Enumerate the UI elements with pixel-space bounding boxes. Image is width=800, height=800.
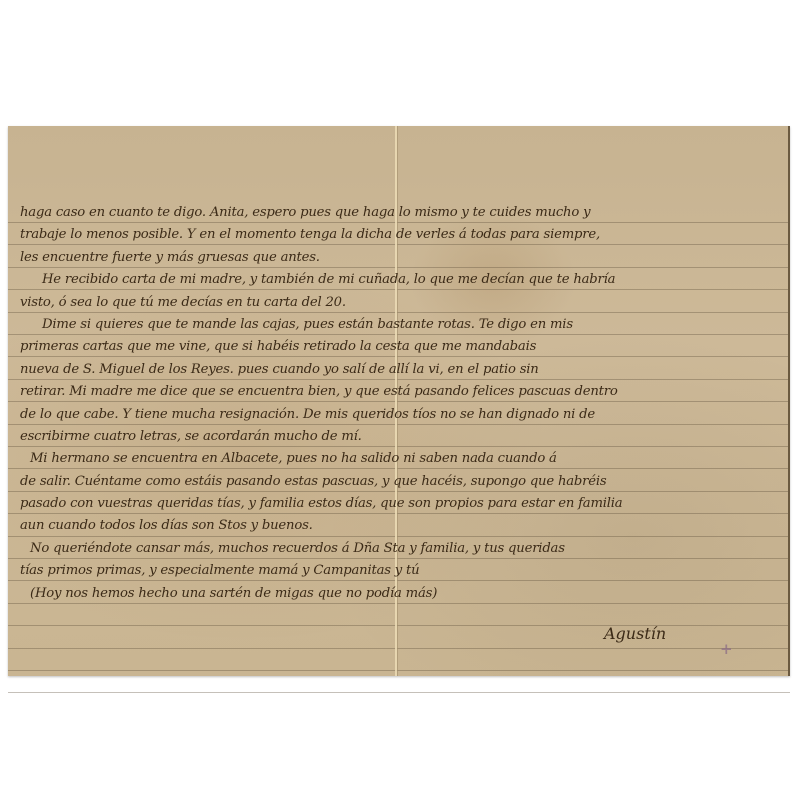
- signature: Agustín: [604, 624, 666, 643]
- handwritten-line: tías primos primas, y especialmente mamá…: [20, 560, 790, 582]
- handwritten-line: Dime si quieres que te mande las cajas, …: [20, 314, 790, 336]
- handwritten-line: No queriéndote cansar más, muchos recuer…: [20, 538, 790, 560]
- handwritten-line: nueva de S. Miguel de los Reyes. pues cu…: [20, 359, 790, 381]
- handwritten-line: escribirme cuatro letras, se acordarán m…: [20, 426, 790, 448]
- handwritten-line: haga caso en cuanto te digo. Anita, espe…: [20, 202, 790, 224]
- ruled-line: [8, 648, 790, 649]
- handwritten-line: trabaje lo menos posible. Y en el moment…: [20, 224, 790, 246]
- handwritten-line: retirar. Mi madre me dice que se encuent…: [20, 381, 790, 403]
- handwritten-line: pasado con vuestras queridas tías, y fam…: [20, 493, 790, 515]
- ruled-line: [8, 625, 790, 626]
- handwritten-line: primeras cartas que me vine, que si habé…: [20, 336, 790, 358]
- handwritten-line: de salir. Cuéntame como estáis pasando e…: [20, 471, 790, 493]
- handwritten-line: les encuentre fuerte y más gruesas que a…: [20, 247, 790, 269]
- handwritten-line: aun cuando todos los días son Stos y bue…: [20, 515, 790, 537]
- ruled-line: [8, 670, 790, 671]
- handwritten-line: Mi hermano se encuentra en Albacete, pue…: [20, 448, 790, 470]
- ruled-line: [8, 692, 790, 693]
- handwritten-line: visto, ó sea lo que tú me decías en tu c…: [20, 292, 790, 314]
- stamp-mark: +: [720, 640, 733, 658]
- handwritten-line: de lo que cabe. Y tiene mucha resignació…: [20, 404, 790, 426]
- letter-body: haga caso en cuanto te digo. Anita, espe…: [20, 202, 790, 605]
- handwritten-line: (Hoy nos hemos hecho una sartén de migas…: [20, 583, 790, 605]
- handwritten-line: He recibido carta de mi madre, y también…: [20, 269, 790, 291]
- letter-paper: haga caso en cuanto te digo. Anita, espe…: [8, 126, 790, 676]
